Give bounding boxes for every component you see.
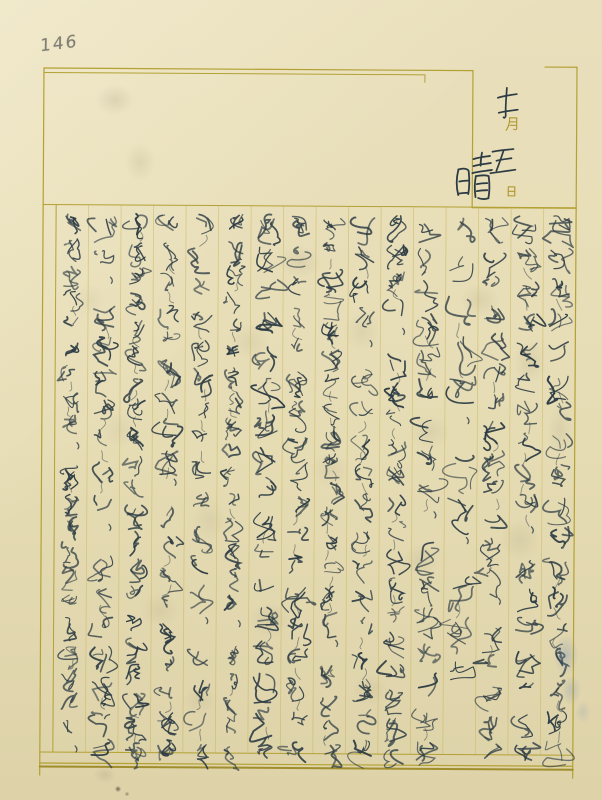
text-column-14 [119,214,151,769]
text-column-12 [184,214,216,768]
text-column-11 [219,214,246,770]
text-column-13 [150,215,186,760]
text-column-8 [315,218,346,767]
handwritten-month-number [498,88,518,118]
day-glyph-icon [508,187,515,196]
date-box [457,88,518,200]
manuscript-page: 146 [0,0,602,800]
text-column-16 [55,214,83,752]
text-column-7 [347,217,379,768]
handwritten-day-number [490,149,515,173]
text-column-9 [278,216,318,762]
text-column-6 [376,216,412,768]
weather-mark [457,153,492,199]
manuscript-columns [55,213,577,772]
text-column-1 [540,216,578,767]
text-column-15 [84,217,120,768]
manuscript-sheet [0,0,602,800]
month-glyph-icon [506,118,517,131]
